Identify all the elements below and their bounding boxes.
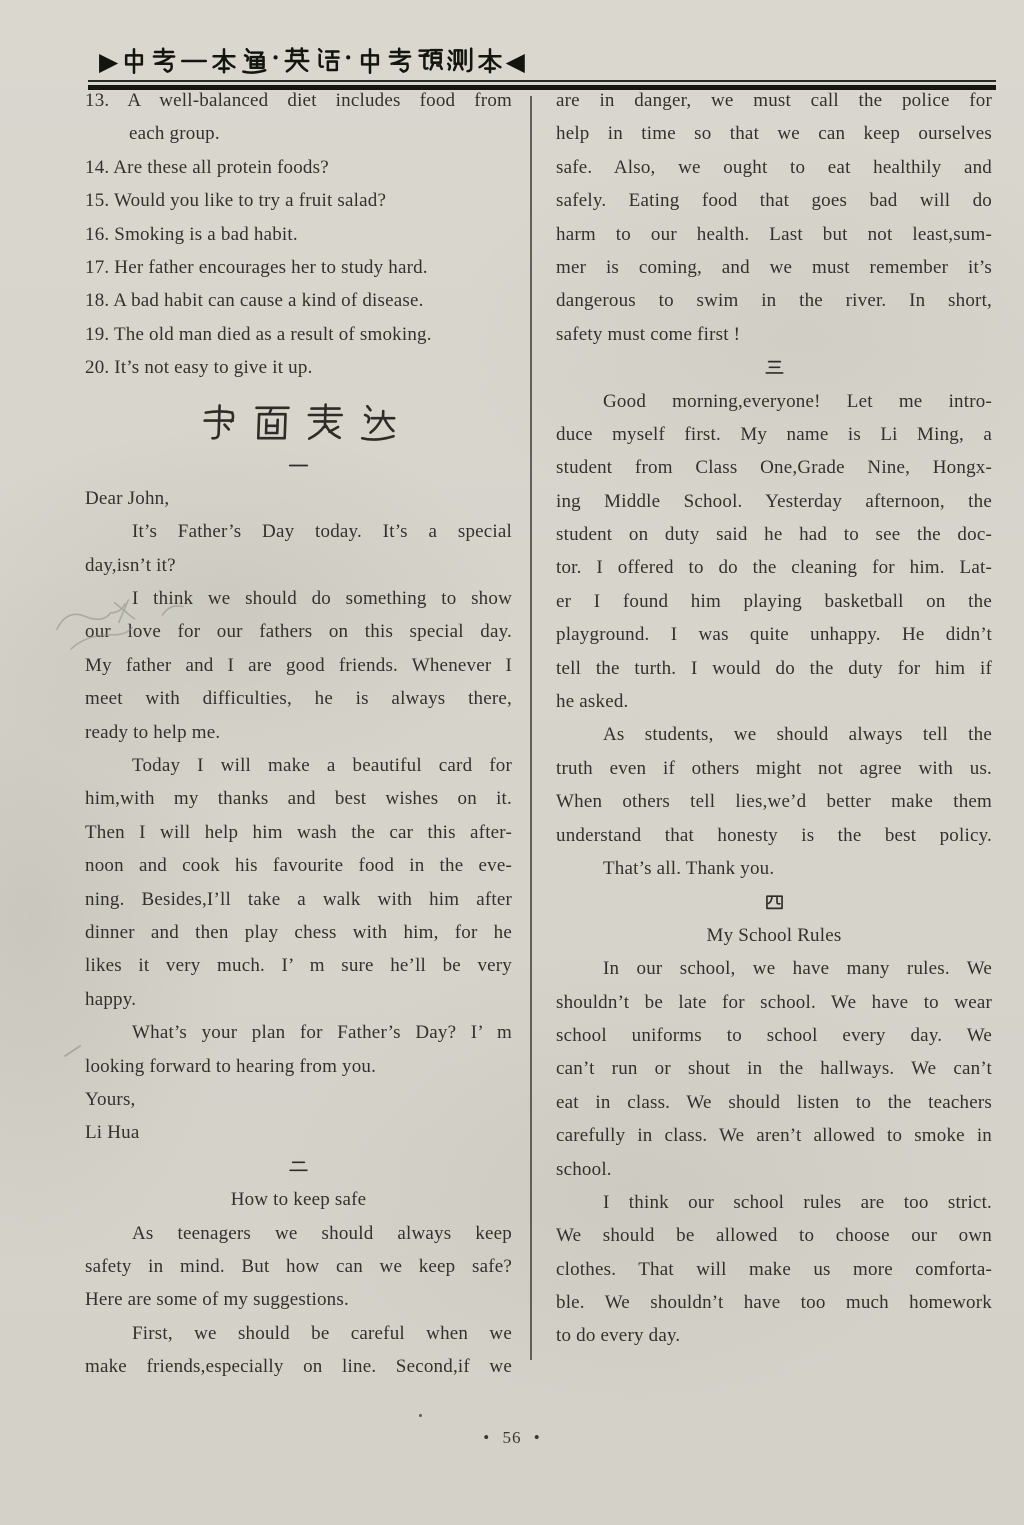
arrow-ornament: ▶ (99, 49, 118, 74)
text-line: I think our school rules are too strict. (556, 1186, 992, 1219)
essay-number (556, 885, 992, 918)
arrow-ornament: ◀ (506, 49, 525, 74)
cjk-char (288, 1156, 309, 1177)
text-line: What’s your plan for Father’s Day? I’ m (85, 1016, 512, 1049)
list-line: 17. Her father encourages her to study h… (85, 251, 512, 284)
cjk-char (416, 47, 444, 75)
list-line: 15. Would you like to try a fruit salad? (85, 184, 512, 217)
text-line: mer is coming, and we must remember it’s (556, 251, 992, 284)
cjk-char (288, 455, 309, 476)
text-line: understand that honesty is the best poli… (556, 819, 992, 852)
page-number: • 56 • (0, 1428, 1024, 1448)
essay-title: My School Rules (556, 919, 992, 952)
text-line: are in danger, we must call the police f… (556, 84, 992, 117)
cjk-char (313, 47, 341, 75)
cjk-char (764, 357, 785, 378)
text-line: student on duty said he had to see the d… (556, 518, 992, 551)
cjk-char (150, 47, 178, 75)
text-line: duce myself first. My name is Li Ming, a (556, 418, 992, 451)
text-line: Good morning,everyone! Let me intro- (556, 385, 992, 418)
cjk-char (180, 47, 208, 75)
left-column: 13. A well-balanced diet includes food f… (85, 84, 512, 1383)
text-line: As teenagers we should always keep (85, 1217, 512, 1250)
text-line: My father and I are good friends. Whenev… (85, 649, 512, 682)
text-line: First, we should be careful when we (85, 1317, 512, 1350)
text-line: safely. Eating food that goes bad will d… (556, 184, 992, 217)
text-line: dinner and then play chess with him, for… (85, 916, 512, 949)
text-line: Yours, (85, 1083, 512, 1116)
text-line: ning. Besides,I’ll take a walk with him … (85, 883, 512, 916)
text-line: happy. (85, 983, 512, 1016)
list-line: 16. Smoking is a bad habit. (85, 218, 512, 251)
list-line: each group. (85, 117, 512, 150)
cjk-char (304, 403, 345, 443)
text-line: school. (556, 1153, 992, 1186)
text-line: Today I will make a beautiful card for (85, 749, 512, 782)
text-line: As students, we should always tell the (556, 718, 992, 751)
text-line: student from Class One,Grade Nine, Hongx… (556, 451, 992, 484)
text-line: meet with difficulties, he is always the… (85, 682, 512, 715)
text-line: noon and cook his favourite food in the … (85, 849, 512, 882)
right-column: are in danger, we must call the police f… (556, 84, 992, 1353)
text-line: can’t run or shout in the hallways. We c… (556, 1052, 992, 1085)
ink-speck (419, 1414, 422, 1417)
section-heading (84, 397, 513, 449)
text-line: safety in mind. But how can we keep safe… (85, 1250, 512, 1283)
text-line: ready to help me. (85, 716, 512, 749)
text-line: tell the turth. I would do the duty for … (556, 652, 992, 685)
scanned-workbook-page: ▶··◀ 13. A well-balanced diet includes f… (0, 0, 1024, 1525)
text-line: eat in class. We should listen to the te… (556, 1086, 992, 1119)
text-line: carefully in class. We aren’t allowed to… (556, 1119, 992, 1152)
text-line: safety must come first ! (556, 318, 992, 351)
text-line: our love for our fathers on this special… (85, 615, 512, 648)
list-line: 18. A bad habit can cause a kind of dise… (85, 284, 512, 317)
cjk-char (446, 47, 474, 75)
header-rule-thin (88, 80, 996, 82)
text-line: truth even if others might not agree wit… (556, 752, 992, 785)
text-line: day,isn’t it? (85, 549, 512, 582)
column-divider (530, 96, 532, 1360)
text-line: clothes. That will make us more comforta… (556, 1253, 992, 1286)
pencil-mark (62, 1042, 84, 1060)
text-line: him,with my thanks and best wishes on it… (85, 782, 512, 815)
cjk-char (386, 47, 414, 75)
essay-number (85, 1150, 512, 1183)
cjk-char (251, 403, 292, 443)
text-line: It’s Father’s Day today. It’s a special (85, 515, 512, 548)
essay-number (85, 449, 512, 482)
cjk-char (120, 47, 148, 75)
text-line: Dear John, (85, 482, 512, 515)
text-line: playground. I was quite unhappy. He didn… (556, 618, 992, 651)
cjk-char (240, 47, 268, 75)
list-line: 19. The old man died as a result of smok… (85, 318, 512, 351)
text-line: to do every day. (556, 1319, 992, 1352)
text-line: In our school, we have many rules. We (556, 952, 992, 985)
cjk-char (357, 403, 398, 443)
text-line: Here are some of my suggestions. (85, 1283, 512, 1316)
text-line: looking forward to hearing from you. (85, 1050, 512, 1083)
essay-title: How to keep safe (85, 1183, 512, 1216)
text-line: school uniforms to school every day. We (556, 1019, 992, 1052)
text-line: dangerous to swim in the river. In short… (556, 284, 992, 317)
essay-number (556, 351, 992, 384)
text-line: safe. Also, we ought to eat healthily an… (556, 151, 992, 184)
book-header: ▶··◀ (99, 44, 525, 78)
cjk-char (210, 47, 238, 75)
text-line: That’s all. Thank you. (556, 852, 992, 885)
text-line: We should be allowed to choose our own (556, 1219, 992, 1252)
text-line: Li Hua (85, 1116, 512, 1149)
text-line: he asked. (556, 685, 992, 718)
text-line: make friends,especially on line. Second,… (85, 1350, 512, 1383)
text-line: I think we should do something to show (85, 582, 512, 615)
list-line: 13. A well-balanced diet includes food f… (85, 84, 512, 117)
list-line: 20. It’s not easy to give it up. (85, 351, 512, 384)
cjk-char (198, 403, 239, 443)
dot-separator: · (344, 43, 353, 73)
cjk-char (764, 892, 785, 913)
ink-speck (436, 63, 440, 67)
cjk-char (476, 47, 504, 75)
text-line: When others tell lies,we’d better make t… (556, 785, 992, 818)
text-line: likes it very much. I’ m sure he’ll be v… (85, 949, 512, 982)
text-line: ble. We shouldn’t have too much homework (556, 1286, 992, 1319)
text-line: shouldn’t be late for school. We have to… (556, 986, 992, 1019)
dot-separator: · (271, 43, 280, 73)
cjk-char (283, 47, 311, 75)
text-line: Then I will help him wash the car this a… (85, 816, 512, 849)
text-line: help in time so that we can keep ourselv… (556, 117, 992, 150)
text-line: er I found him playing basketball on the (556, 585, 992, 618)
text-line: harm to our health. Last but not least,s… (556, 218, 992, 251)
list-line: 14. Are these all protein foods? (85, 151, 512, 184)
text-line: ing Middle School. Yesterday afternoon, … (556, 485, 992, 518)
text-line: tor. I offered to do the cleaning for hi… (556, 551, 992, 584)
cjk-char (356, 47, 384, 75)
